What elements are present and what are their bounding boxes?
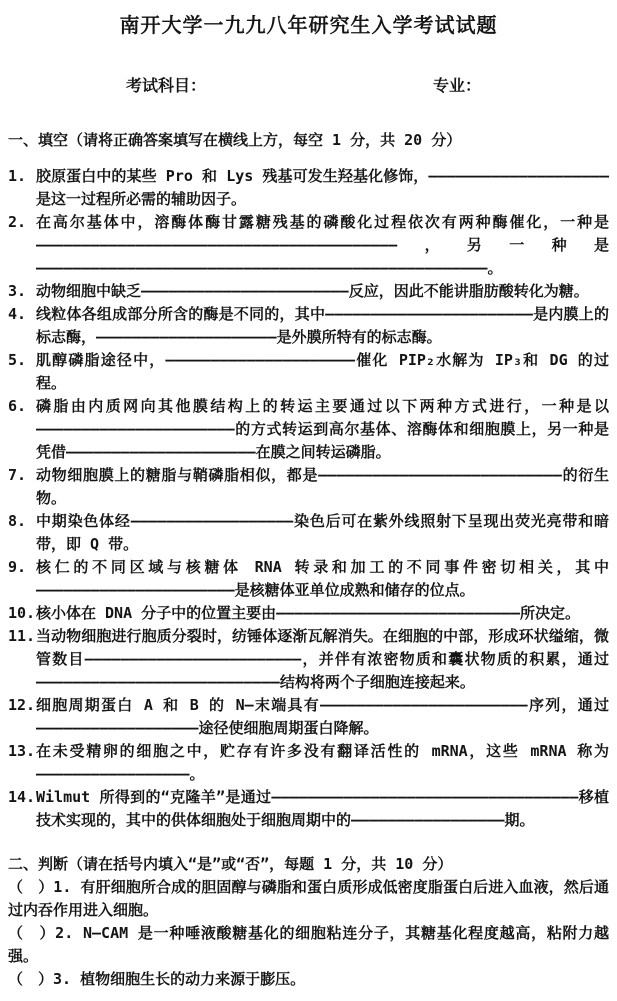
question-item-13: 13. 在未受精卵的细胞之中，贮存有许多没有翻译活性的 mRNA，这些 mRNA…: [8, 740, 609, 786]
tf-item-3: （ ）3. 植物细胞生长的动力来源于膨压。: [8, 968, 609, 991]
question-number: 3.: [8, 280, 26, 303]
question-item-10: 10. 核小体在 DNA 分子中的位置主要由——————————————————…: [8, 602, 609, 625]
question-item-3: 3. 动物细胞中缺乏———————————————————————反应，因此不能…: [8, 280, 609, 303]
question-item-14: 14. Wilmut 所得到的“克隆羊”是通过—————————————————…: [8, 786, 609, 832]
question-number: 14.: [8, 786, 35, 809]
question-number: 4.: [8, 303, 26, 326]
question-number: 6.: [8, 395, 26, 418]
question-item-4: 4. 线粒体各组成部分所含的酶是不同的，其中——————————————————…: [8, 303, 609, 349]
question-text: 磷脂由内质网向其他膜结构上的转运主要通过以下两种方式进行，一种是以———————…: [36, 397, 609, 461]
question-item-6: 6. 磷脂由内质网向其他膜结构上的转运主要通过以下两种方式进行，一种是以————…: [8, 395, 609, 464]
question-number: 8.: [8, 510, 26, 533]
section-fill-blank: 1. 胶原蛋白中的某些 Pro 和 Lys 残基可发生羟基化修饰，———————…: [8, 165, 609, 832]
question-item-5: 5. 肌醇磷脂途径中，—————————————————————催化 PIP₂水…: [8, 349, 609, 395]
question-number: 1.: [8, 165, 26, 188]
question-text: Wilmut 所得到的“克隆羊”是通过—————————————————————…: [36, 788, 609, 829]
subject-label: 考试科目：: [126, 74, 206, 97]
question-number: 12.: [8, 694, 35, 717]
question-item-7: 7. 动物细胞膜上的糖脂与鞘磷脂相似，都是———————————————————…: [8, 464, 609, 510]
question-text: 胶原蛋白中的某些 Pro 和 Lys 残基可发生羟基化修饰，——————————…: [36, 167, 609, 208]
question-text: 线粒体各组成部分所含的酶是不同的，其中—————————————————————…: [36, 305, 609, 346]
exam-paper: 南开大学一九九八年研究生入学考试试题 考试科目： 专业： 一、填空（请将正确答案…: [0, 0, 617, 1001]
question-text: 当动物细胞进行胞质分裂时，纺锤体逐渐瓦解消失。在细胞的中部，形成环状缢缩，微管数…: [36, 627, 609, 691]
question-text: 核小体在 DNA 分子中的位置主要由——————————————————————…: [36, 604, 580, 622]
question-number: 9.: [8, 556, 26, 579]
page-title: 南开大学一九九八年研究生入学考试试题: [8, 10, 609, 40]
tf-item-2: （ ）2. N—CAM 是一种唾液酸糖基化的细胞粘连分子，其糖基化程度越高，粘附…: [8, 922, 609, 968]
question-item-9: 9. 核仁的不同区域与核糖体 RNA 转录和加工的不同事件密切相关，其中————…: [8, 556, 609, 602]
question-text: 在未受精卵的细胞之中，贮存有许多没有翻译活性的 mRNA，这些 mRNA 称为—…: [36, 742, 609, 783]
question-text: 细胞周期蛋白 A 和 B 的 N—末端具有———————————————————…: [36, 696, 609, 737]
question-item-1: 1. 胶原蛋白中的某些 Pro 和 Lys 残基可发生羟基化修饰，———————…: [8, 165, 609, 211]
question-item-11: 11. 当动物细胞进行胞质分裂时，纺锤体逐渐瓦解消失。在细胞的中部，形成环状缢缩…: [8, 625, 609, 694]
question-number: 11.: [8, 625, 35, 648]
question-number: 10.: [8, 602, 35, 625]
question-text: 动物细胞中缺乏———————————————————————反应，因此不能讲脂肪…: [36, 282, 589, 300]
question-item-12: 12. 细胞周期蛋白 A 和 B 的 N—末端具有———————————————…: [8, 694, 609, 740]
question-text: 在高尔基体中，溶酶体酶甘露糖残基的磷酸化过程依次有两种酶催化，一种是——————…: [36, 213, 609, 277]
section-fill-blank-heading: 一、填空（请将正确答案填写在横线上方，每空 1 分，共 20 分）: [8, 129, 609, 152]
section-true-false: （ ）1. 有肝细胞所合成的胆固醇与磷脂和蛋白质形成低密度脂蛋白后进入血液，然后…: [8, 876, 609, 991]
question-text: 动物细胞膜上的糖脂与鞘磷脂相似，都是——————————————————————…: [36, 466, 609, 507]
question-number: 7.: [8, 464, 26, 487]
question-text: 肌醇磷脂途径中，—————————————————————催化 PIP₂水解为 …: [36, 351, 609, 392]
question-text: 中期染色体经——————————————————染色后可在紫外线照射下呈现出荧光…: [36, 512, 609, 553]
major-label: 专业：: [433, 74, 481, 97]
question-number: 13.: [8, 740, 35, 763]
question-number: 2.: [8, 211, 26, 234]
question-item-2: 2. 在高尔基体中，溶酶体酶甘露糖残基的磷酸化过程依次有两种酶催化，一种是———…: [8, 211, 609, 280]
exam-meta-row: 考试科目： 专业：: [8, 74, 609, 97]
question-text: 核仁的不同区域与核糖体 RNA 转录和加工的不同事件密切相关，其中———————…: [36, 558, 609, 599]
question-number: 5.: [8, 349, 26, 372]
question-item-8: 8. 中期染色体经——————————————————染色后可在紫外线照射下呈现…: [8, 510, 609, 556]
section-true-false-heading: 二、判断（请在括号内填入“是”或“否”，每题 1 分，共 10 分）: [8, 853, 609, 876]
tf-item-1: （ ）1. 有肝细胞所合成的胆固醇与磷脂和蛋白质形成低密度脂蛋白后进入血液，然后…: [8, 876, 609, 922]
